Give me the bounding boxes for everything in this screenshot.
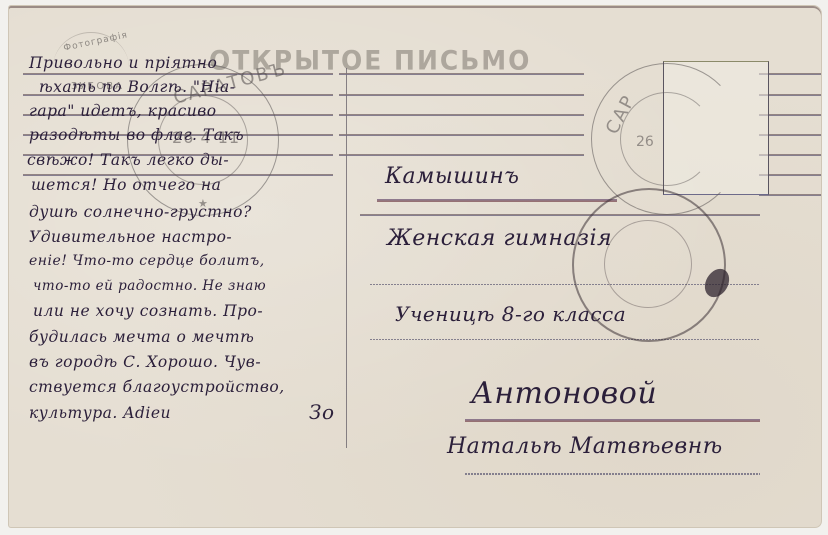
message-line: будилась мечта о мечтѣ [29,328,254,346]
message-line: Удивительное настро- [29,228,232,246]
message-line: культура. Adieu [29,404,171,422]
message-line: гара" идетъ, красиво [29,102,217,120]
underline-city [377,199,617,202]
rule-line [339,73,584,75]
message-line: еніе! Что-то сердце болитъ, [29,253,265,269]
postcard-back: ОТКРЫТОЕ ПИСЬМО Фотографія ЗУБОВА [9,6,821,527]
message-line: шется! Но отчего на [31,176,221,194]
message-line: Привольно и пріятно [29,54,217,72]
studio-stamp-line1: Фотографія [63,30,129,53]
rule-line [339,134,584,136]
message-line: что-то ей радостно. Не знаю [33,278,266,294]
rule-line [339,114,584,116]
message-line: ѣхать по Волгѣ. "Ніа- [39,78,236,96]
address-given-names: Натальѣ Матвѣевнѣ [447,434,723,459]
underline-surname [465,419,760,422]
rule-line [339,154,584,156]
message-line: ствуется благоустройство, [29,378,285,396]
signature: Зо [309,400,335,424]
message-line: или не хочу сознать. Про- [33,302,263,320]
address-surname: Антоновой [471,376,657,411]
message-line: свѣжо! Такъ легко ды- [27,151,229,169]
postmark-date: 26 [636,134,654,150]
divider-line [346,68,347,448]
rule-line [339,94,584,96]
address-recipient-title: Ученицѣ 8-го класса [395,302,626,326]
dotted-line [465,473,760,475]
address-city: Камышинъ [385,164,519,189]
message-line: въ городѣ С. Хорошо. Чув- [29,353,261,371]
address-school: Женская гимназія [387,226,612,251]
message-line: душѣ солнечно-грустно? [29,203,252,221]
dotted-line [370,339,760,340]
message-line: разодѣты во флаг. Такъ [29,126,244,144]
ink-blot [700,265,734,302]
